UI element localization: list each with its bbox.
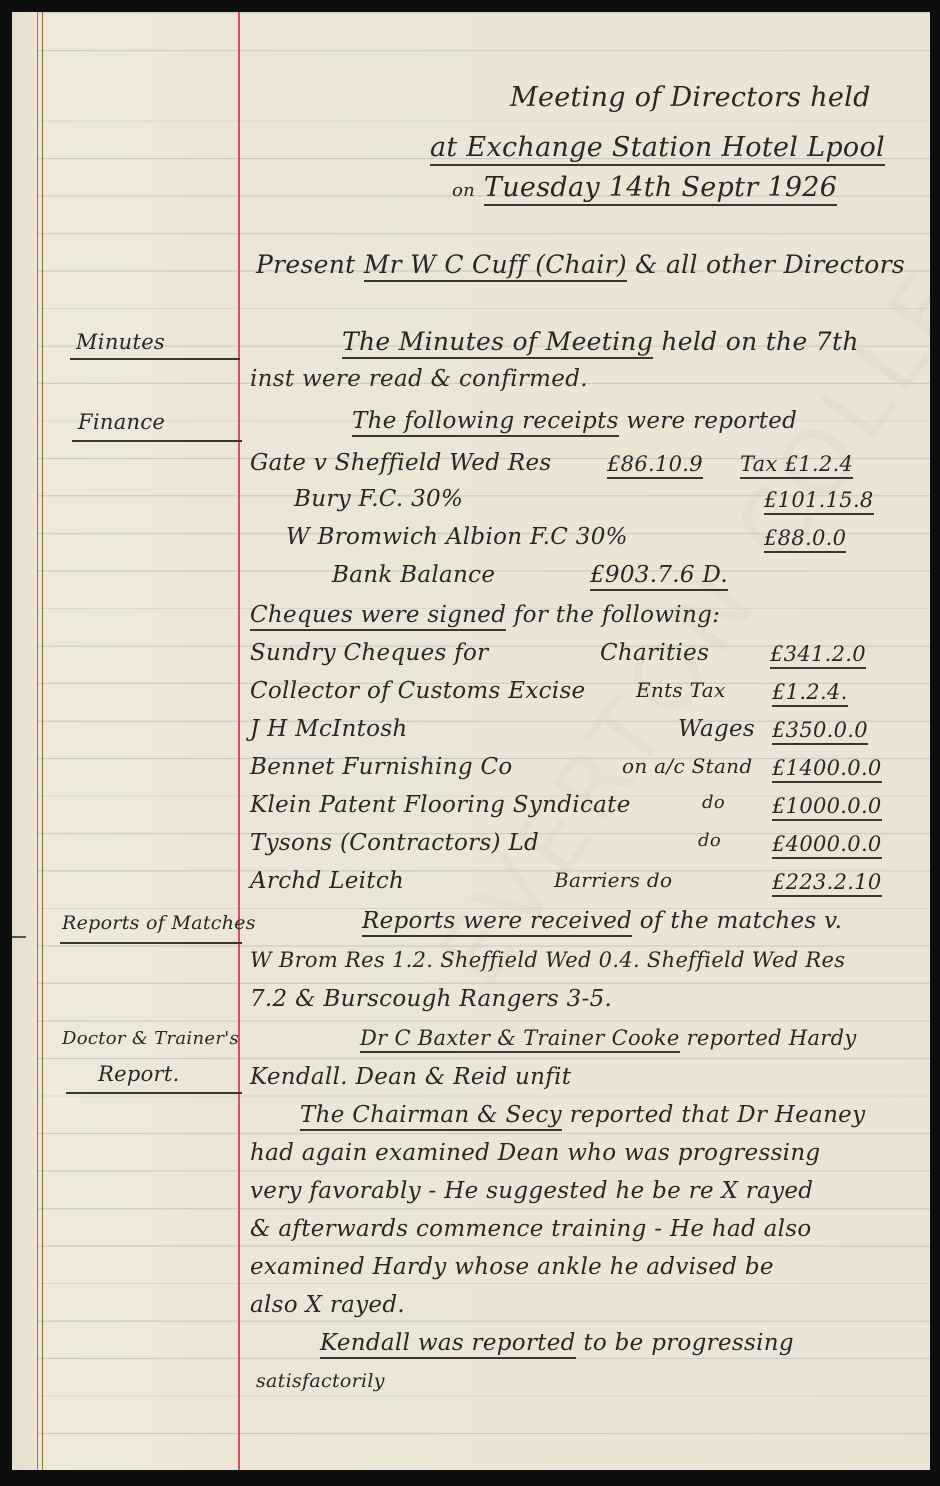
receipt-row-1-tax-text: Tax £1.2.4 — [740, 452, 853, 479]
side-label-minutes: Minutes — [76, 330, 165, 354]
receipt-row-2-label: Bury F.C. 30% — [294, 486, 463, 512]
doctor-line-2: Kendall. Dean & Reid unfit — [250, 1064, 571, 1090]
cheques-intro: Cheques were signed for the following: — [250, 602, 720, 628]
side-underline-doctor — [66, 1092, 242, 1094]
binding-gutter — [12, 12, 37, 1470]
heading-line-1: Meeting of Directors held — [510, 82, 871, 113]
cheque-row-3-purpose: Wages — [678, 716, 755, 742]
heading-date: Tuesday 14th Septr 1926 — [484, 172, 837, 206]
cheque-row-5-payee: Klein Patent Flooring Syndicate — [250, 792, 631, 818]
cheque-row-3-amount-text: £350.0.0 — [772, 718, 868, 745]
cheque-row-1-amount-text: £341.2.0 — [770, 642, 866, 669]
cheque-row-4-amount-text: £1400.0.0 — [772, 756, 882, 783]
minutes-line-1: The Minutes of Meeting held on the 7th — [342, 327, 859, 356]
matches-line-2: W Brom Res 1.2. Sheffield Wed 0.4. Sheff… — [250, 948, 845, 972]
side-underline-matches — [60, 942, 242, 944]
side-label-matches: Reports of Matches — [62, 912, 256, 934]
side-label-finance: Finance — [78, 410, 165, 434]
cheque-row-7-payee: Archd Leitch — [250, 868, 404, 894]
attendance-prefix: Present — [256, 250, 355, 279]
cheque-row-7-purpose: Barriers do — [554, 868, 672, 892]
cheque-row-4-amount: £1400.0.0 — [772, 756, 882, 780]
matches-underlined: Reports were received — [362, 908, 632, 937]
bank-balance-value-text: £903.7.6 D. — [590, 562, 728, 591]
doctor-line-8: also X rayed. — [250, 1292, 405, 1318]
receipt-row-1-amount-text: £86.10.9 — [607, 452, 703, 479]
side-underline-minutes — [70, 358, 240, 360]
attendance-rest: & all other Directors — [635, 250, 905, 279]
heading-on: on — [452, 180, 475, 201]
doctor-line-9-rest: to be progressing — [583, 1330, 794, 1356]
cheque-row-2-amount: £1.2.4. — [772, 680, 848, 704]
cheque-row-6-amount: £4000.0.0 — [772, 832, 882, 856]
doctor-line-3: The Chairman & Secy reported that Dr Hea… — [300, 1102, 865, 1128]
receipt-row-3-label: W Bromwich Albion F.C 30% — [286, 524, 628, 550]
cheque-row-6-payee: Tysons (Contractors) Ld — [250, 830, 539, 856]
cheque-row-4-purpose: on a/c Stand — [622, 754, 752, 778]
cheque-row-1-payee: Sundry Cheques for — [250, 640, 488, 666]
side-underline-finance — [72, 440, 242, 442]
cheques-intro-underlined: Cheques were signed — [250, 602, 506, 631]
cheque-row-4-payee: Bennet Furnishing Co — [250, 754, 513, 780]
side-label-doctor-2: Report. — [98, 1062, 180, 1086]
doctor-line-1-rest: reported Hardy — [687, 1026, 857, 1050]
attendance-line: Present Mr W C Cuff (Chair) & all other … — [256, 250, 905, 279]
cheque-row-5-purpose: do — [702, 792, 725, 813]
receipt-row-3-amount: £88.0.0 — [764, 526, 846, 550]
side-label-doctor-1: Doctor & Trainer's — [62, 1028, 239, 1049]
cheque-row-6-amount-text: £4000.0.0 — [772, 832, 882, 859]
cheque-row-2-purpose: Ents Tax — [636, 678, 726, 702]
cheque-row-1-purpose: Charities — [600, 640, 709, 666]
doctor-line-5: very favorably - He suggested he be re X… — [250, 1178, 813, 1204]
receipt-row-2-amount: £101.15.8 — [764, 488, 874, 512]
doctor-line-1: Dr C Baxter & Trainer Cooke reported Har… — [360, 1026, 857, 1050]
bank-balance-label: Bank Balance — [332, 562, 495, 588]
cheque-row-7-amount: £223.2.10 — [772, 870, 882, 894]
cheque-row-2-payee: Collector of Customs Excise — [250, 678, 585, 704]
matches-rest: of the matches v. — [640, 908, 843, 934]
minutes-underlined: The Minutes of Meeting — [342, 327, 653, 359]
finance-intro-rest: were reported — [626, 408, 797, 434]
receipt-row-2-amount-text: £101.15.8 — [764, 488, 874, 515]
page-tick-mark — [12, 936, 26, 938]
cheques-intro-rest: for the following: — [514, 602, 720, 628]
receipt-row-1-label: Gate v Sheffield Wed Res — [250, 450, 551, 476]
minutes-rest: held on the 7th — [661, 327, 858, 356]
receipt-row-3-amount-text: £88.0.0 — [764, 526, 846, 553]
ledger-page: EVERTON COLLECTION Meeting of Directors … — [12, 12, 930, 1470]
cheque-row-3-amount: £350.0.0 — [772, 718, 868, 742]
doctor-line-7: examined Hardy whose ankle he advised be — [250, 1254, 774, 1280]
cheque-row-5-amount-text: £1000.0.0 — [772, 794, 882, 821]
cheque-row-3-payee: J H McIntosh — [250, 716, 408, 742]
doctor-line-9-underlined: Kendall was reported — [320, 1330, 576, 1359]
cheque-row-5-amount: £1000.0.0 — [772, 794, 882, 818]
receipt-row-1-tax: Tax £1.2.4 — [740, 452, 853, 476]
cheque-row-2-amount-text: £1.2.4. — [772, 680, 848, 707]
receipt-row-1-amount: £86.10.9 — [607, 452, 703, 476]
matches-line-1: Reports were received of the matches v. — [362, 908, 842, 934]
heading-line-2: at Exchange Station Hotel Lpool — [430, 132, 885, 163]
attendance-chair: Mr W C Cuff (Chair) — [364, 250, 627, 282]
minutes-line-2: inst were read & confirmed. — [250, 366, 588, 392]
heading-line-2-text: at Exchange Station Hotel Lpool — [430, 132, 885, 166]
doctor-line-6: & afterwards commence training - He had … — [250, 1216, 812, 1242]
doctor-line-4: had again examined Dean who was progress… — [250, 1140, 820, 1166]
doctor-line-1-underlined: Dr C Baxter & Trainer Cooke — [360, 1026, 680, 1053]
heading-line-3: on Tuesday 14th Septr 1926 — [452, 172, 837, 203]
finance-intro-underlined: The following receipts — [352, 408, 619, 437]
bank-balance-value: £903.7.6 D. — [590, 562, 728, 588]
cheque-row-7-amount-text: £223.2.10 — [772, 870, 882, 897]
finance-intro: The following receipts were reported — [352, 408, 797, 434]
cheque-row-1-amount: £341.2.0 — [770, 642, 866, 666]
doctor-line-3-underlined: The Chairman & Secy — [300, 1102, 562, 1131]
binding-fold — [37, 12, 43, 1470]
cheque-row-6-purpose: do — [698, 830, 721, 851]
doctor-line-3-rest: reported that Dr Heaney — [570, 1102, 866, 1128]
doctor-line-10: satisfactorily — [256, 1370, 385, 1392]
doctor-line-9: Kendall was reported to be progressing — [320, 1330, 794, 1356]
matches-line-3: 7.2 & Burscough Rangers 3-5. — [250, 986, 612, 1012]
margin-rule — [238, 12, 240, 1470]
